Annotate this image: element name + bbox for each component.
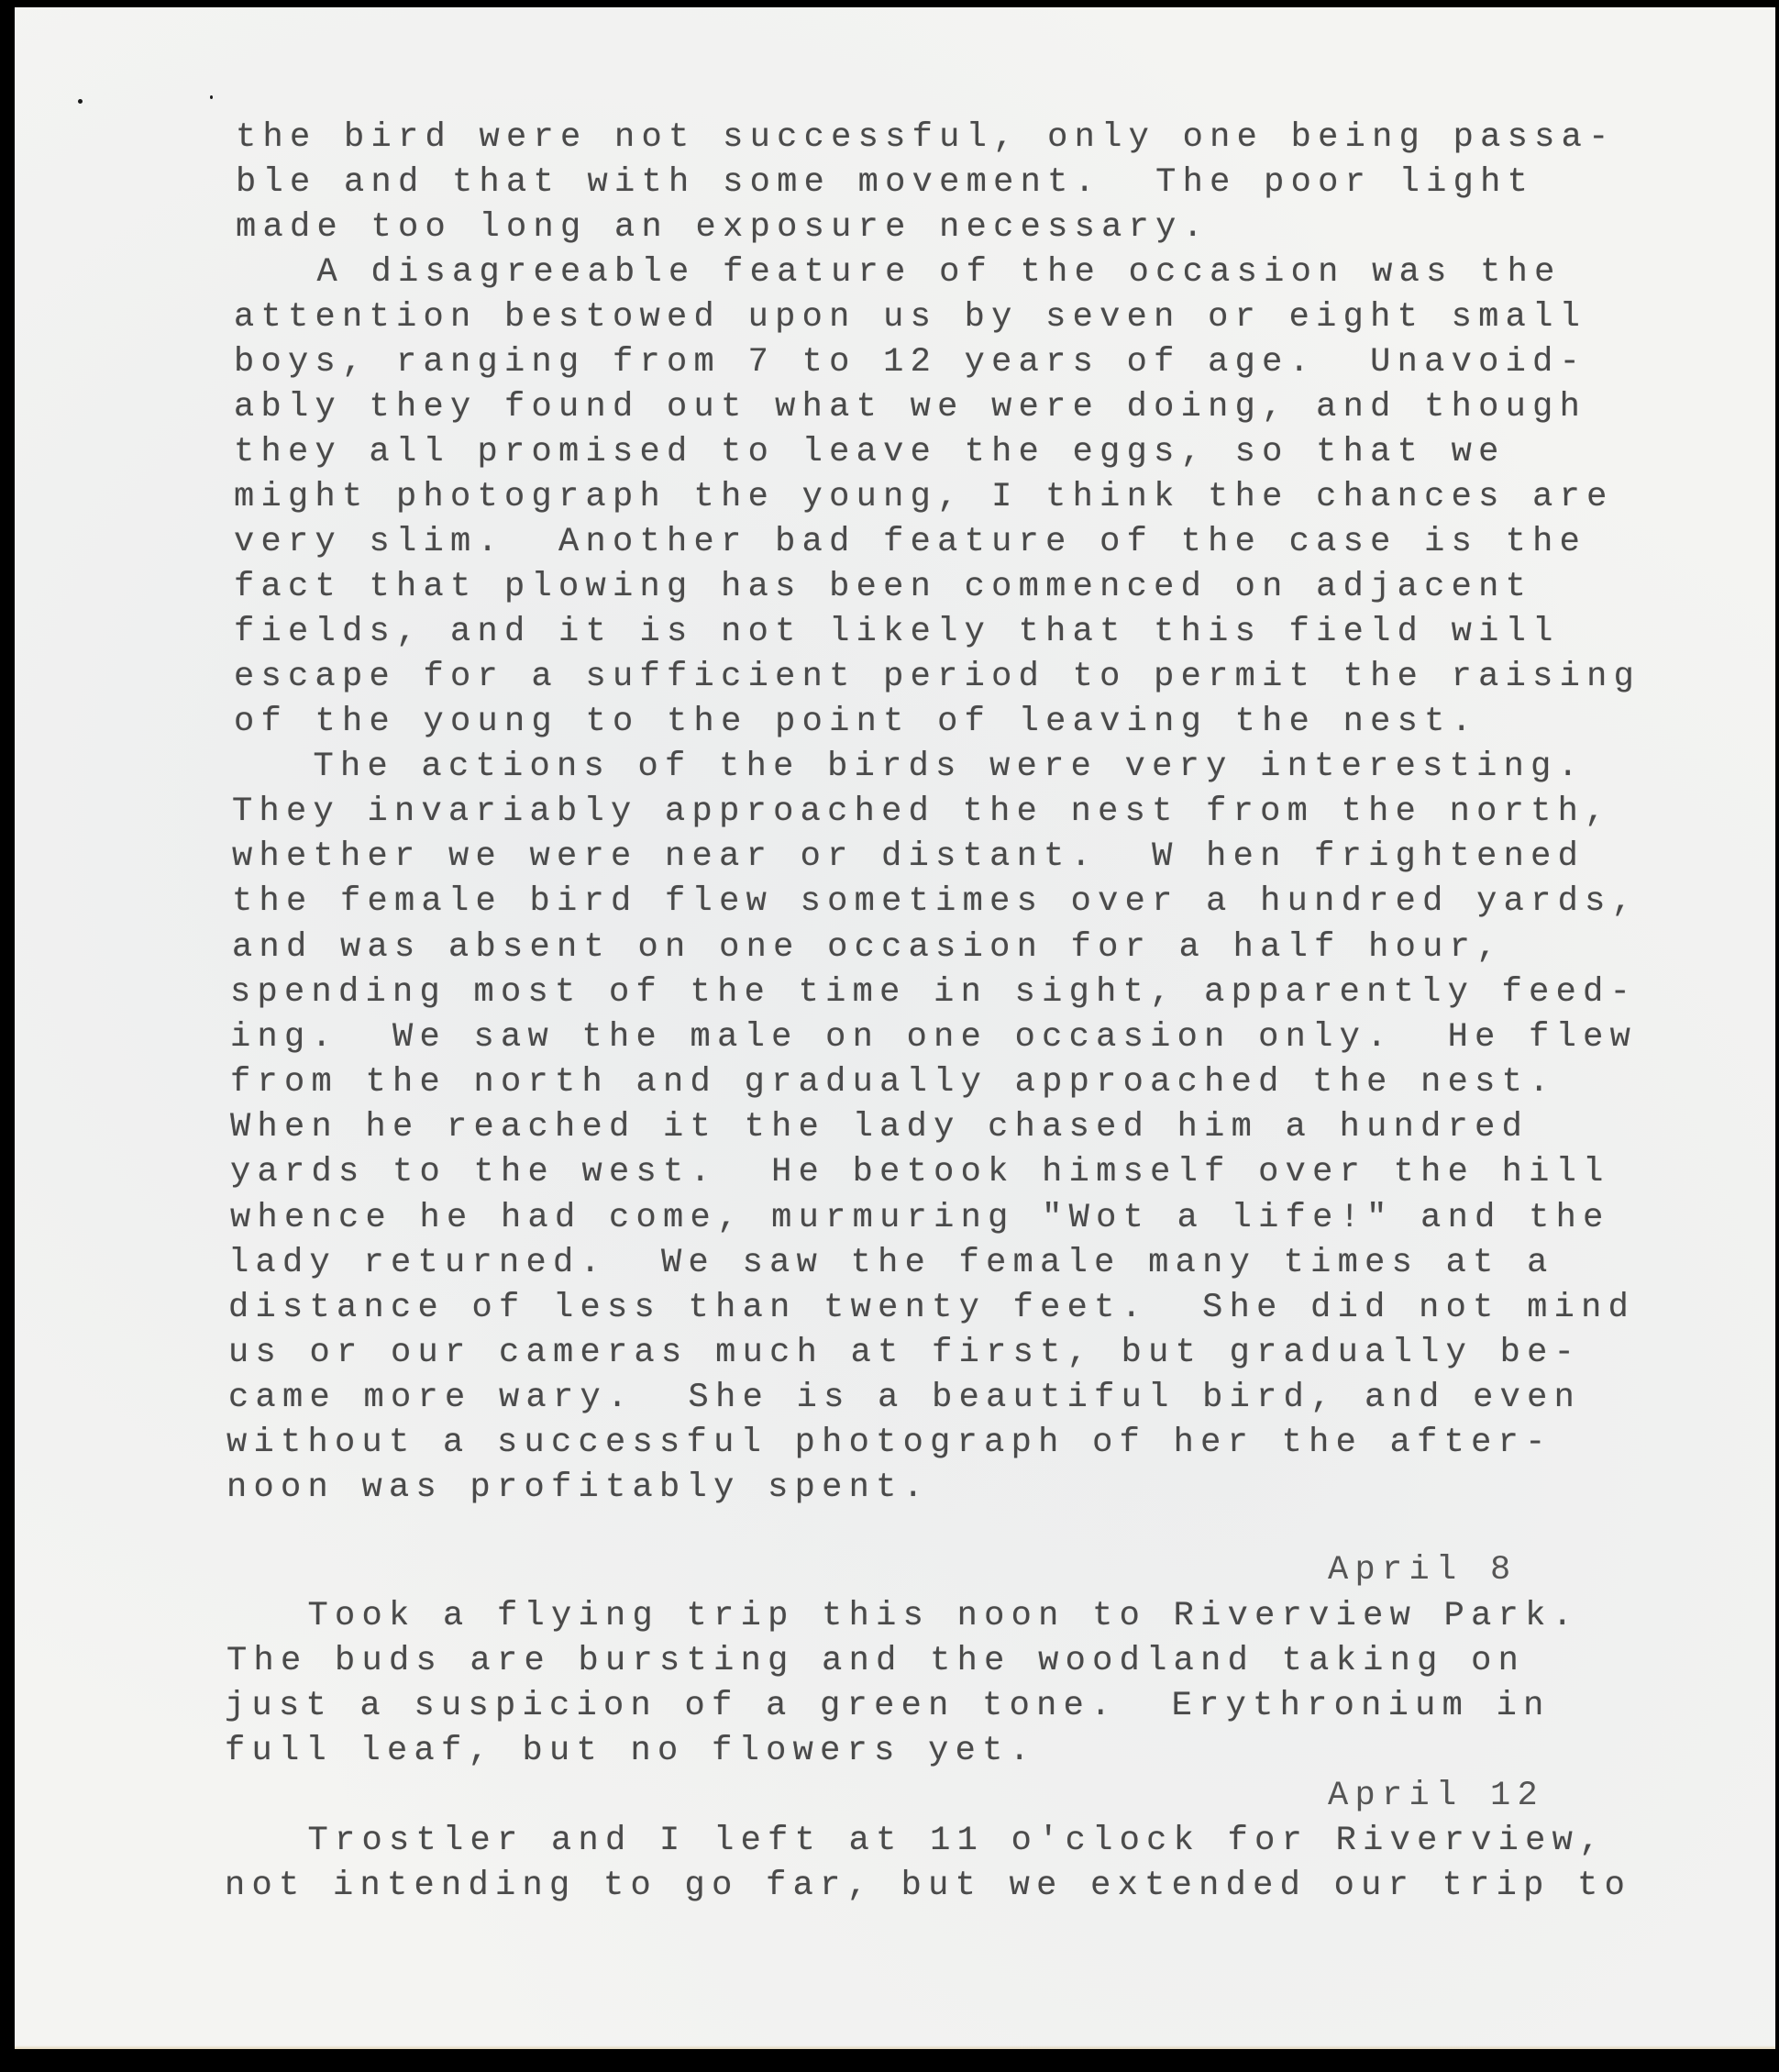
text-line: noon was profitably spent.: [227, 1469, 930, 1506]
entry-date-heading: April 12: [1328, 1778, 1544, 1814]
text-line: yards to the west. He betook himself ove…: [230, 1154, 1610, 1191]
text-line: The actions of the birds were very inter…: [232, 748, 1585, 785]
text-line: full leaf, but no flowers yet.: [225, 1733, 1036, 1769]
text-line: the bird were not successful, only one b…: [236, 119, 1616, 156]
text-line: ably they found out what we were doing, …: [234, 389, 1586, 426]
text-line: they all promised to leave the eggs, so …: [234, 434, 1506, 471]
text-line: without a successful photograph of her t…: [227, 1424, 1552, 1461]
text-line: made too long an exposure necessary.: [236, 209, 1210, 246]
text-line: and was absent on one occasion for a hal…: [232, 929, 1504, 966]
text-line: attention bestowed upon us by seven or e…: [234, 299, 1586, 336]
text-line: When he reached it the lady chased him a…: [230, 1109, 1529, 1146]
text-line: escape for a sufficient period to permit…: [234, 659, 1641, 695]
text-line: fact that plowing has been commenced on …: [234, 569, 1532, 605]
text-line: from the north and gradually approached …: [230, 1064, 1556, 1101]
text-line: might photograph the young, I think the …: [234, 479, 1614, 515]
text-line: ing. We saw the male on one occasion onl…: [230, 1019, 1637, 1056]
entry-date-heading: April 8: [1328, 1552, 1518, 1589]
text-line: whether we were near or distant. W hen f…: [232, 838, 1585, 875]
paper-sheet: the bird were not successful, only one b…: [15, 7, 1775, 2049]
typed-text: the bird were not successful, only one b…: [15, 7, 1775, 2049]
text-line: Took a flying trip this noon to Rivervie…: [227, 1598, 1579, 1634]
text-line: us or our cameras much at first, but gra…: [228, 1335, 1581, 1371]
text-line: not intending to go far, but we extended…: [225, 1867, 1631, 1904]
text-line: spending most of the time in sight, appa…: [230, 974, 1637, 1011]
text-line: A disagreeable feature of the occasion w…: [236, 254, 1562, 291]
text-line: just a suspicion of a green tone. Erythr…: [225, 1688, 1551, 1724]
paper-edge-stain: [15, 2045, 1775, 2049]
text-line: The buds are bursting and the woodland t…: [227, 1643, 1525, 1679]
text-line: Trostler and I left at 11 o'clock for Ri…: [227, 1823, 1607, 1859]
text-line: the female bird flew sometimes over a hu…: [232, 883, 1639, 920]
text-line: whence he had come, murmuring "Wot a lif…: [230, 1200, 1610, 1236]
text-line: distance of less than twenty feet. She d…: [228, 1290, 1635, 1326]
text-line: fields, and it is not likely that this f…: [234, 614, 1560, 650]
text-line: lady returned. We saw the female many ti…: [228, 1245, 1554, 1281]
text-line: They invariably approached the nest from…: [232, 793, 1612, 830]
text-line: came more wary. She is a beautiful bird,…: [228, 1379, 1581, 1416]
text-line: ble and that with some movement. The poo…: [236, 164, 1534, 201]
text-line: very slim. Another bad feature of the ca…: [234, 524, 1586, 560]
text-line: boys, ranging from 7 to 12 years of age.…: [234, 344, 1586, 381]
text-line: of the young to the point of leaving the…: [234, 704, 1478, 740]
